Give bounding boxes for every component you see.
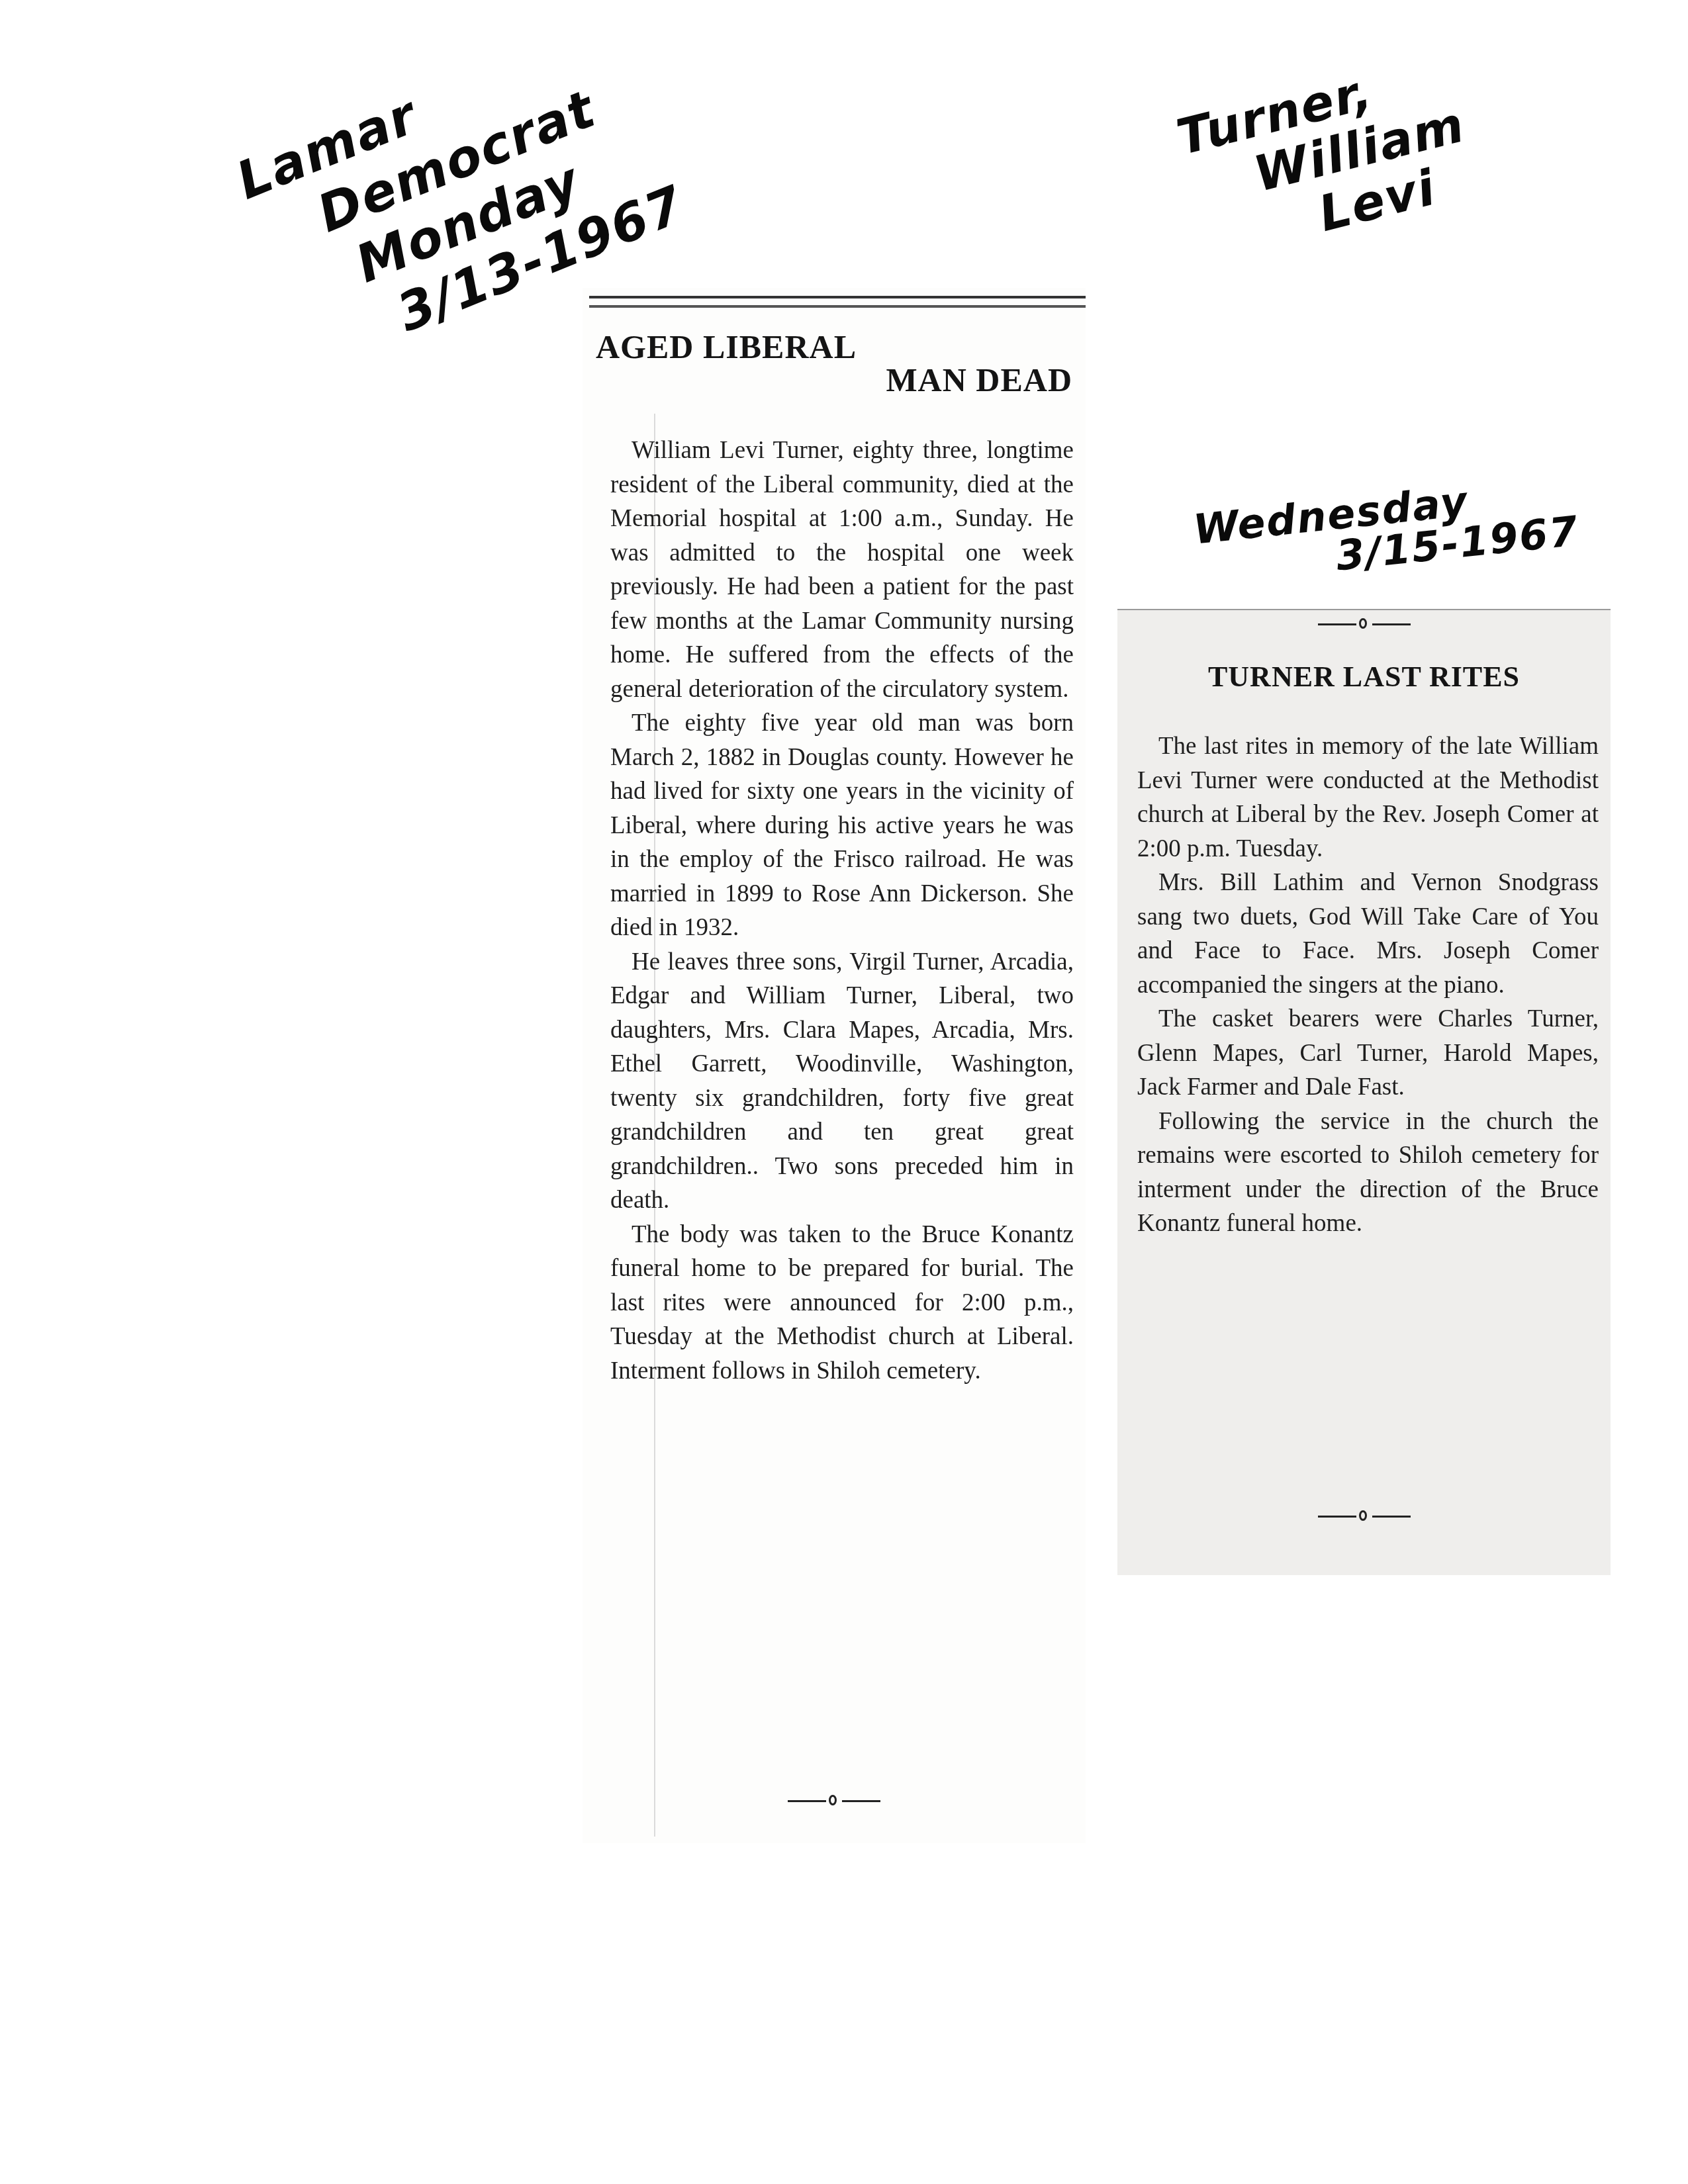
- paragraph: Following the service in the church the …: [1137, 1105, 1599, 1241]
- paragraph: The casket bearers were Charles Turner, …: [1137, 1002, 1599, 1105]
- paragraph: The last rites in memory of the late Wil…: [1137, 729, 1599, 866]
- last-rites-clipping: TURNER LAST RITES The last rites in memo…: [1117, 609, 1611, 1575]
- paragraph: William Levi Turner, eighty three, longt…: [610, 433, 1074, 706]
- obituary-clipping: AGED LIBERAL MAN DEAD William Levi Turne…: [583, 288, 1086, 1843]
- paragraph: The eighty five year old man was born Ma…: [610, 706, 1074, 945]
- headline-line-2: MAN DEAD: [886, 361, 1072, 399]
- divider-ornament-icon: [1318, 618, 1411, 630]
- paragraph: He leaves three sons, Virgil Turner, Arc…: [610, 945, 1074, 1218]
- divider-ornament-icon: [788, 1795, 880, 1807]
- article-body: The last rites in memory of the late Wil…: [1137, 729, 1599, 1241]
- paragraph: The body was taken to the Bruce Konantz …: [610, 1218, 1074, 1388]
- divider-ornament-icon: [1318, 1510, 1411, 1522]
- top-rule: [589, 296, 1086, 308]
- headline: TURNER LAST RITES: [1117, 660, 1611, 694]
- paragraph: Mrs. Bill Lathim and Vernon Snodgrass sa…: [1137, 866, 1599, 1002]
- handwritten-second-date: Wednesday 3/15-1967: [1192, 470, 1581, 592]
- article-body: William Levi Turner, eighty three, longt…: [610, 433, 1074, 1388]
- handwritten-subject-name: Turner, William Levi: [1172, 44, 1483, 270]
- headline-line-1: AGED LIBERAL: [596, 328, 857, 366]
